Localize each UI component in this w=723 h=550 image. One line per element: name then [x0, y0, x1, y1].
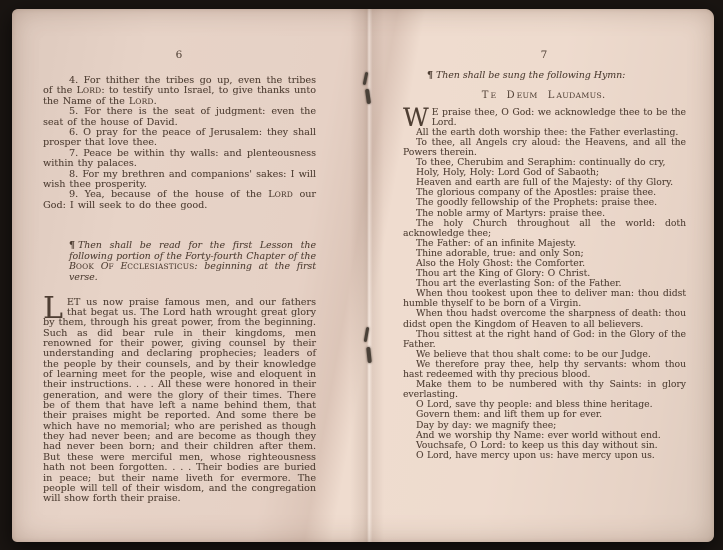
staple-icon-bottom	[366, 347, 371, 363]
te-deum-verse: The holy Church throughout all the world…	[403, 219, 686, 239]
hymn-rubric: ¶Then shall be sung the following Hymn:	[427, 71, 686, 82]
te-deum-verse: To thee, all Angels cry aloud: the Heave…	[403, 138, 686, 158]
te-deum-verse: O Lord, have mercy upon us: have mercy u…	[403, 451, 686, 461]
page-6: 6 4. For thither the tribes go up, even …	[43, 49, 316, 505]
lesson-paragraph: LET us now praise famous men, and our fa…	[43, 298, 316, 505]
page-number-right: 7	[403, 49, 686, 61]
te-deum-opening-text: E praise thee, O God: we acknowledge the…	[432, 107, 686, 128]
te-deum-verse: Thou sittest at the right hand of God: i…	[403, 330, 686, 350]
te-deum-verse: When thou tookest upon thee to deliver m…	[403, 289, 686, 309]
psalm-verse: 6. O pray for the peace of Jerusalem: th…	[43, 128, 316, 149]
te-deum-verse: When thou hadst overcome the sharpness o…	[403, 309, 686, 329]
drop-cap-l: L	[43, 298, 67, 318]
psalm-verse: 9. Yea, because of the house of the Lord…	[43, 190, 316, 211]
hymn-title: Te Deum Laudamus.	[403, 90, 686, 101]
staple-icon-bottom	[364, 327, 370, 342]
pilcrow-mark: ¶	[69, 240, 75, 251]
psalm-verse: 8. For my brethren and companions' sakes…	[43, 170, 316, 191]
hymn-rubric-text: Then shall be sung the following Hymn:	[436, 70, 625, 81]
te-deum-opening: WE praise thee, O God: we acknowledge th…	[403, 108, 686, 128]
lesson-rubric: ¶Then shall be read for the first Lesson…	[69, 241, 316, 283]
te-deum-verse: We therefore pray thee, help thy servant…	[403, 360, 686, 380]
photo-background: 6 4. For thither the tribes go up, even …	[0, 0, 723, 550]
psalm-verse: 5. For there is the seat of judgment: ev…	[43, 107, 316, 128]
page-number-left: 6	[43, 49, 316, 61]
pilcrow-mark: ¶	[427, 70, 433, 81]
drop-cap-w: W	[403, 108, 432, 127]
lesson-text: ET us now praise famous men, and our fat…	[43, 297, 316, 505]
page-7: 7 ¶Then shall be sung the following Hymn…	[403, 49, 686, 461]
psalm-verse: 4. For thither the tribes go up, even th…	[43, 76, 316, 107]
psalm-verse: 7. Peace be within thy walls: and plente…	[43, 149, 316, 170]
te-deum-verse: Govern them: and lift them up for ever.	[403, 410, 686, 420]
lesson-rubric-text: Then shall be read for the first Lesson …	[69, 240, 316, 283]
open-booklet: 6 4. For thither the tribes go up, even …	[12, 9, 714, 542]
staple-icon-top	[365, 89, 371, 104]
te-deum-verse: Make them to be numbered with thy Saints…	[403, 380, 686, 400]
staple-icon-top	[363, 72, 369, 85]
